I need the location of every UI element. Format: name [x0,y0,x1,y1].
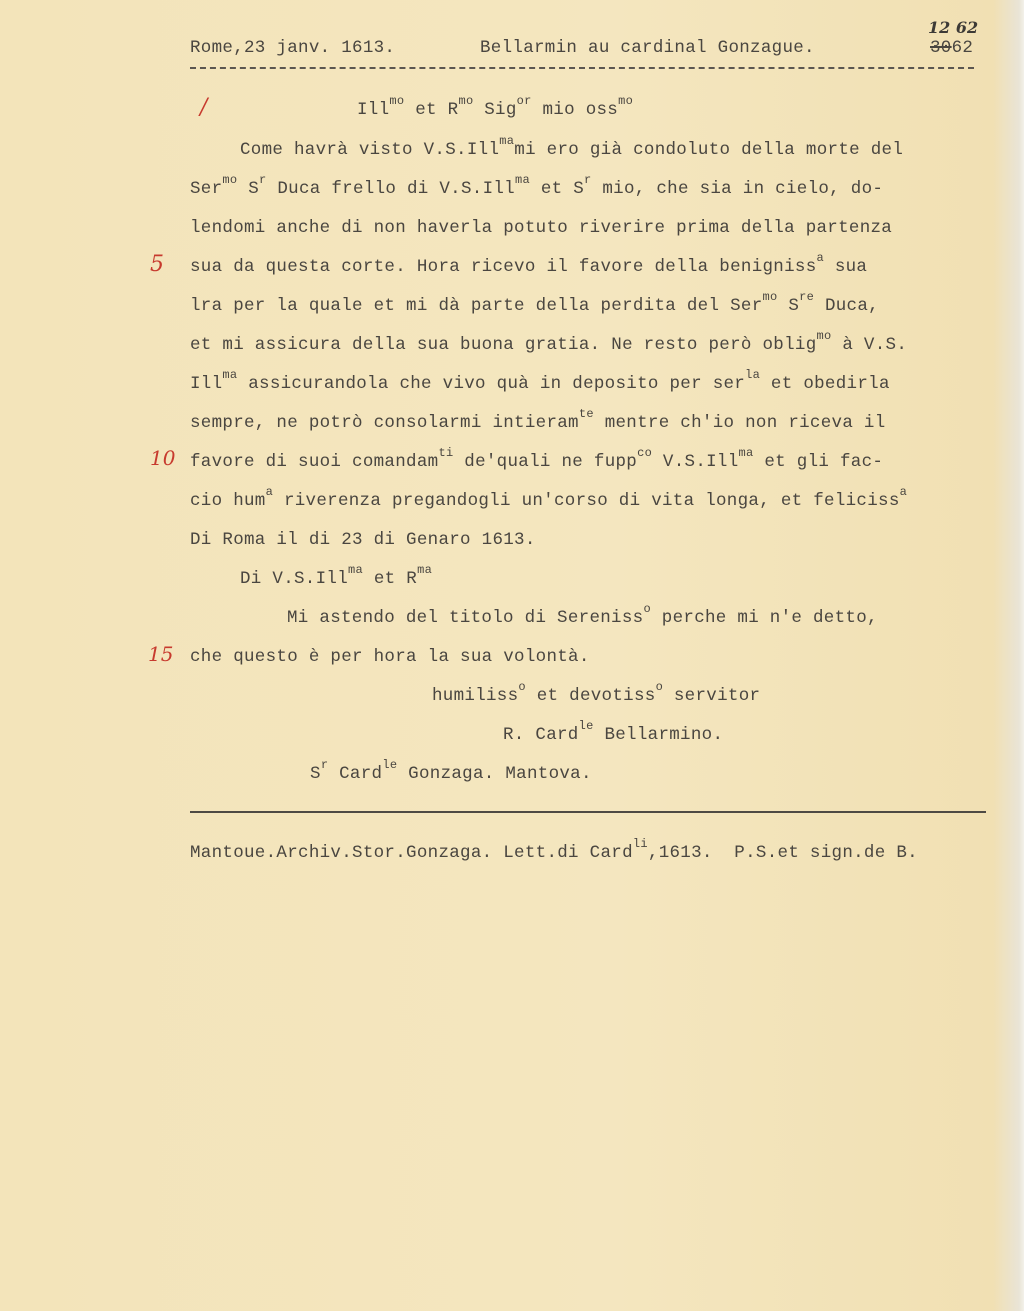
signoff: humilisso et devotisso servitor [432,686,760,706]
letter-line-5: lra per la quale et mi dà parte della pe… [190,296,879,316]
postscript-line-1: Mi astendo del titolo di Serenisso perch… [287,608,878,628]
letter-date-line: Di Roma il di 23 di Genaro 1613. [190,530,536,550]
letter-line-3: lendomi anche di non haverla potuto rive… [190,218,892,238]
signature: R. Cardle Bellarmino. [503,725,723,745]
letter-line-10: cio huma riverenza pregandogli un'corso … [190,491,907,511]
letter-line-4: sua da questa corte. Hora ricevo il favo… [190,257,867,277]
letter-line-7: Illma assicurandola che vivo quà in depo… [190,374,890,394]
footer-rule [190,811,986,813]
letter-line-8: sempre, ne potrò consolarmi intieramte m… [190,413,886,433]
header-date: Rome,23 janv. 1613. [190,38,395,58]
footer-source: Mantoue.Archiv.Stor.Gonzaga. Lett.di Car… [190,843,918,863]
margin-number-10: 10 [150,446,175,470]
header-page-number: 3062 [930,38,973,58]
document-page: Rome,23 janv. 1613. Bellarmin au cardina… [0,0,1024,1311]
postscript-line-2: che questo è per hora la sua volontà. [190,647,590,667]
letter-line-1: Come havrà visto V.S.Illmami ero già con… [240,140,903,160]
address: Sr Cardle Gonzaga. Mantova. [310,764,592,784]
salutation: Illmo et Rmo Sigor mio ossmo [357,100,633,120]
header-title: Bellarmin au cardinal Gonzague. [480,38,815,58]
header-dashed-rule [190,67,974,69]
letter-line-2: Sermo Sr Duca frello di V.S.Illma et Sr … [190,179,883,199]
margin-number-1: / [200,95,207,120]
letter-line-9: favore di suoi comandamti de'quali ne fu… [190,452,883,472]
margin-number-15: 15 [148,642,173,666]
letter-line-6: et mi assicura della sua buona gratia. N… [190,335,907,355]
struck-page-number: 30 [930,38,952,58]
handwritten-page-number: 12 62 [928,18,978,37]
margin-number-5: 5 [150,252,164,277]
closing-line: Di V.S.Illma et Rma [240,569,432,589]
